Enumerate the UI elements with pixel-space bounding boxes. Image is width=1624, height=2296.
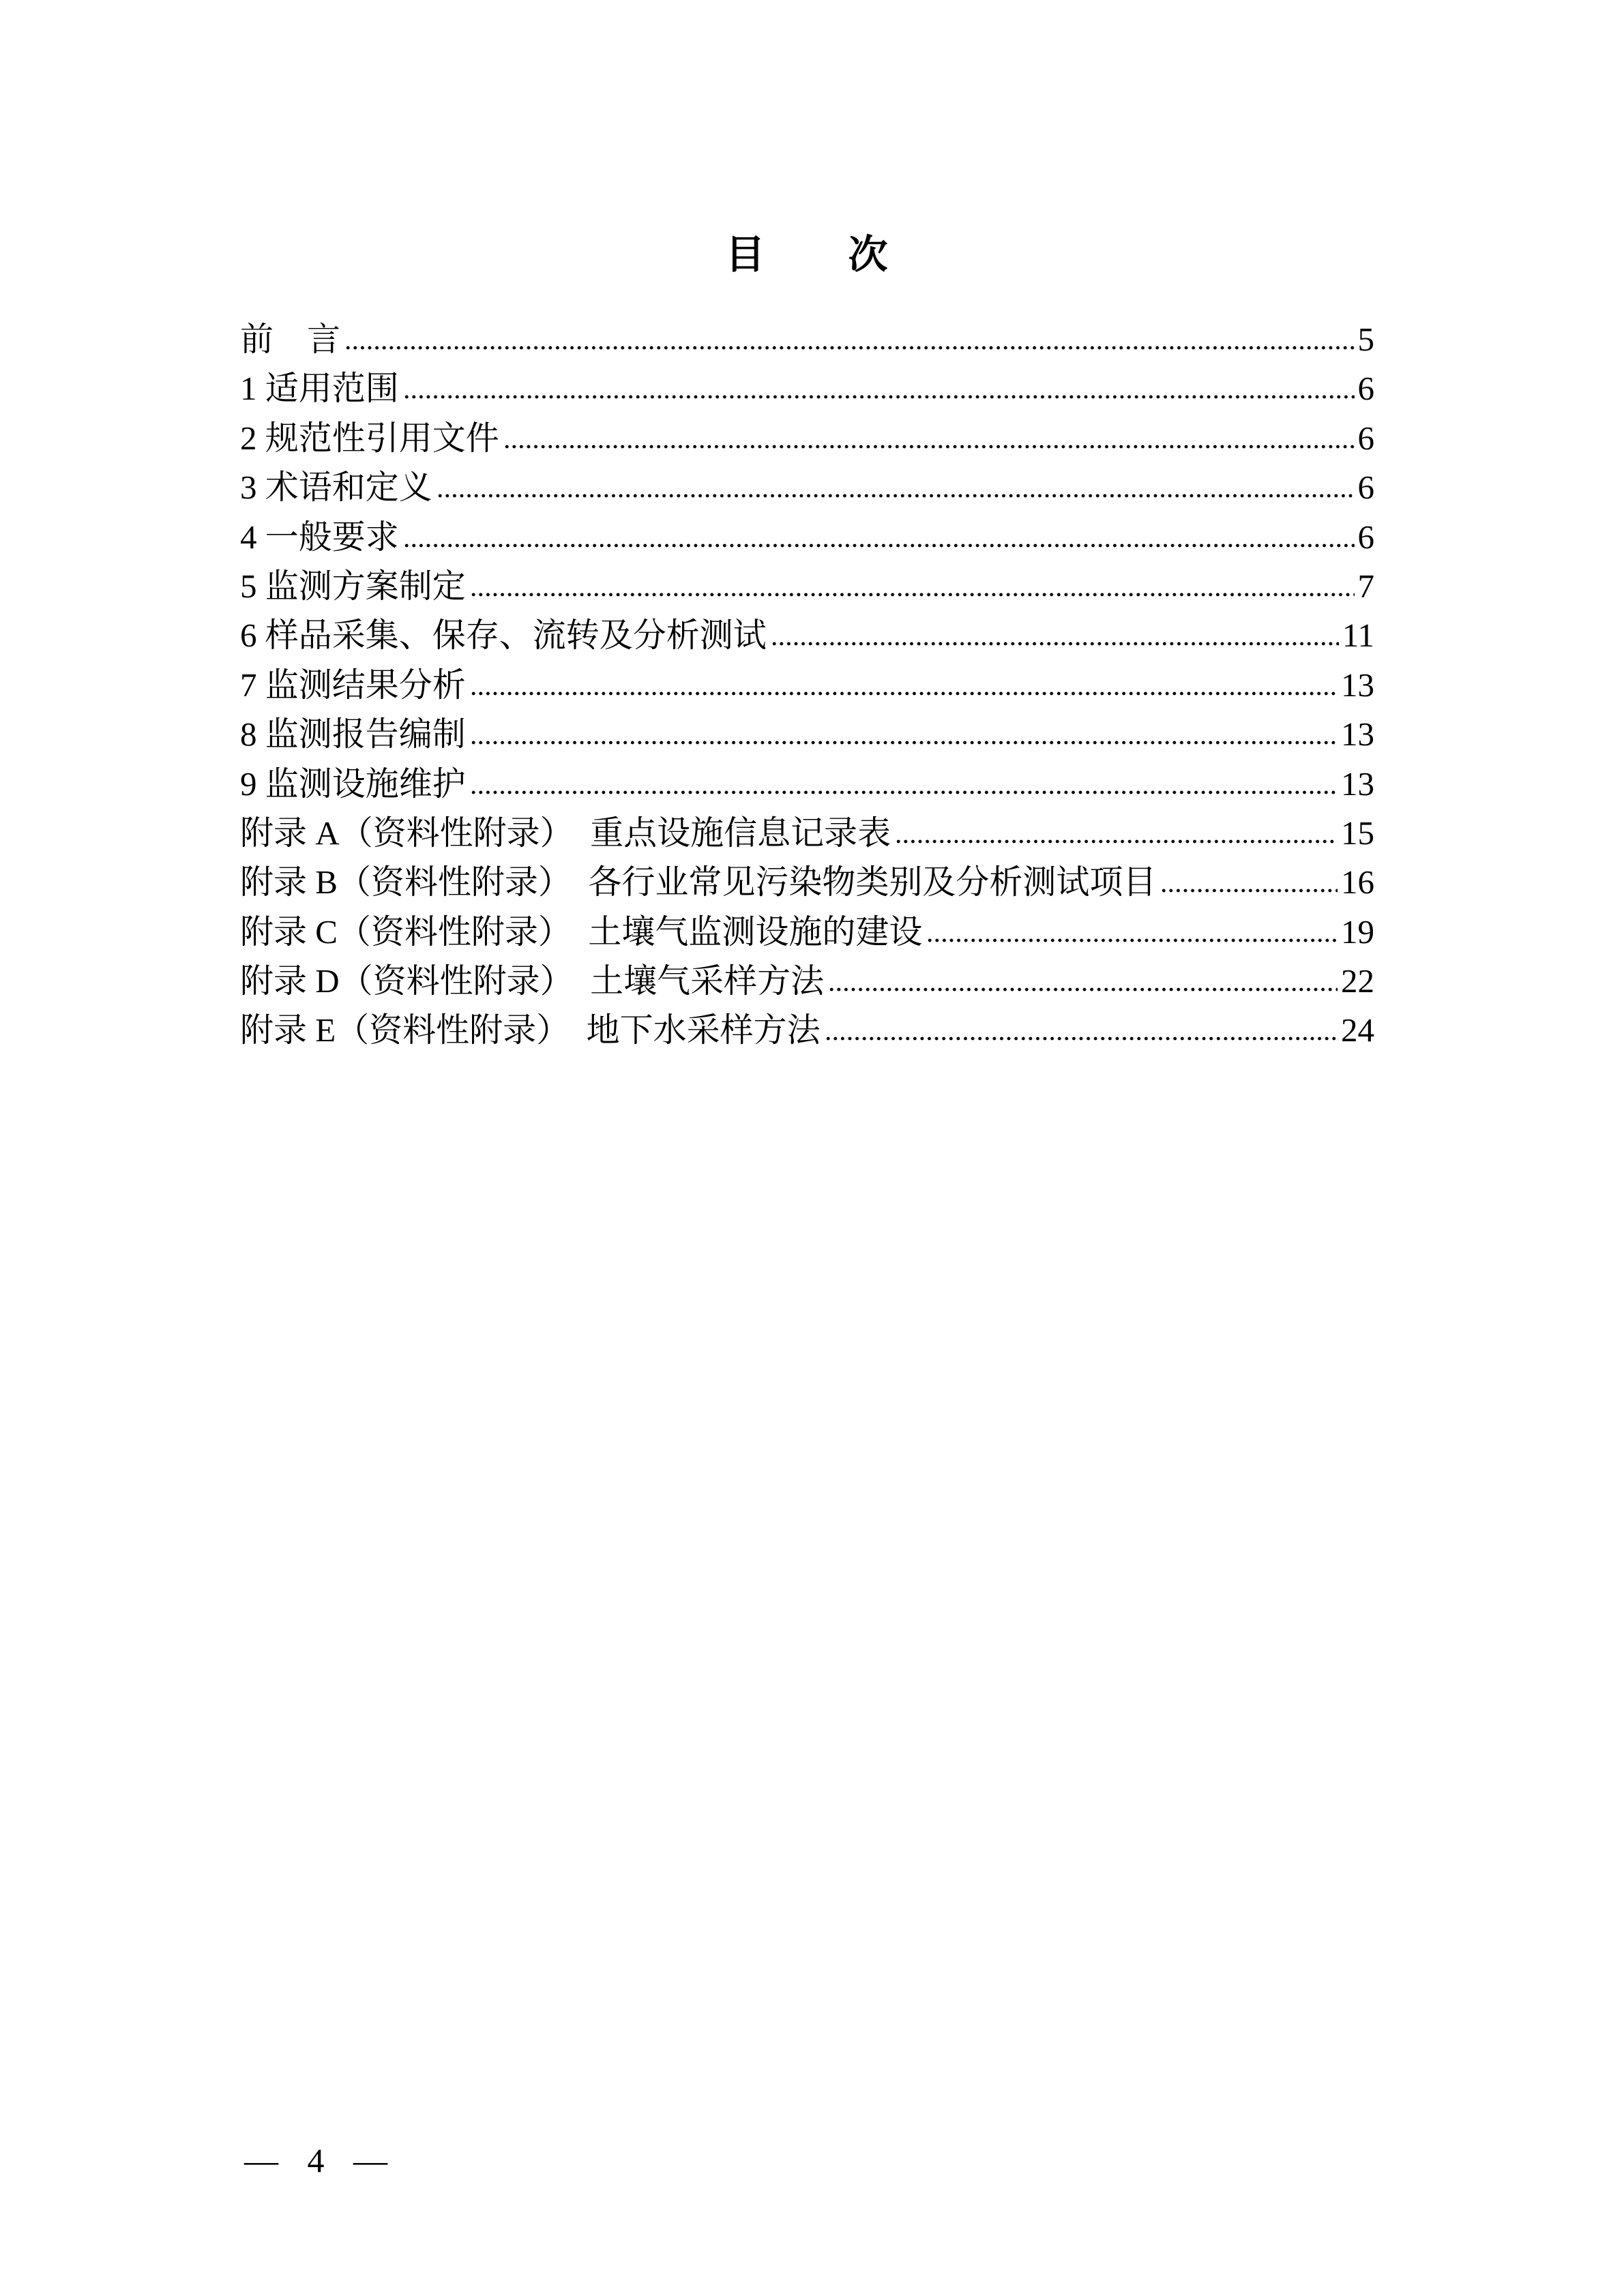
toc-entry[interactable]: 7 监测结果分析 13 xyxy=(240,661,1374,710)
toc-entry-label: 附录 E（资料性附录） 地下水采样方法 xyxy=(240,1006,821,1055)
toc-entry-label: 9 监测设施维护 xyxy=(240,760,466,809)
dot-leader xyxy=(829,985,1338,992)
toc-entry-label: 1 适用范围 xyxy=(240,364,399,413)
toc-entry[interactable]: 前 言 5 xyxy=(240,315,1374,364)
toc-entry-label: 前 言 xyxy=(240,315,340,364)
toc-entry[interactable]: 4 一般要求 6 xyxy=(240,513,1374,562)
dot-leader xyxy=(504,443,1355,449)
toc-entry-page-number: 6 xyxy=(1358,414,1375,463)
toc-entry-label: 6 样品采集、保存、流转及分析测试 xyxy=(240,611,767,660)
dot-leader xyxy=(345,344,1354,351)
toc-entry-page-number: 13 xyxy=(1341,661,1374,710)
toc-entry[interactable]: 2 规范性引用文件 6 xyxy=(240,414,1374,463)
dot-leader xyxy=(927,936,1338,943)
page-title: 目 次 xyxy=(240,229,1374,281)
dot-leader xyxy=(471,739,1338,745)
toc-entry-page-number: 5 xyxy=(1358,315,1375,364)
dot-leader xyxy=(437,492,1355,498)
toc-entry[interactable]: 附录 A（资料性附录） 重点设施信息记录表 15 xyxy=(240,809,1374,858)
document-page: 目 次 前 言 5 1 适用范围 6 2 规范性引用文件 6 3 术语和定义 xyxy=(0,0,1624,2296)
toc-entry-page-number: 16 xyxy=(1341,858,1374,907)
toc-entry[interactable]: 9 监测设施维护 13 xyxy=(240,760,1374,809)
toc-entry-label: 附录 B（资料性附录） 各行业常见污染物类别及分析测试项目 xyxy=(240,858,1156,907)
toc-entry[interactable]: 1 适用范围 6 xyxy=(240,364,1374,413)
toc-entry-page-number: 13 xyxy=(1341,710,1374,759)
toc-entry-page-number: 11 xyxy=(1342,611,1374,660)
toc-entry-page-number: 7 xyxy=(1358,562,1375,611)
dot-leader xyxy=(471,591,1355,597)
footer-page-number: — 4 — xyxy=(244,2140,387,2181)
toc-entry[interactable]: 8 监测报告编制 13 xyxy=(240,710,1374,759)
toc-entry-label: 附录 D（资料性附录） 土壤气采样方法 xyxy=(240,957,824,1006)
toc-entry-label: 7 监测结果分析 xyxy=(240,661,466,710)
toc-entry-page-number: 13 xyxy=(1341,760,1374,809)
toc-entry[interactable]: 6 样品采集、保存、流转及分析测试 11 xyxy=(240,611,1374,660)
toc-entry-label: 3 术语和定义 xyxy=(240,463,432,512)
dot-leader xyxy=(404,541,1355,548)
toc-list: 前 言 5 1 适用范围 6 2 规范性引用文件 6 3 术语和定义 6 xyxy=(240,315,1374,1056)
toc-entry-label: 附录 A（资料性附录） 重点设施信息记录表 xyxy=(240,809,891,858)
dot-leader xyxy=(404,393,1355,400)
toc-entry[interactable]: 附录 D（资料性附录） 土壤气采样方法 22 xyxy=(240,957,1374,1006)
dot-leader xyxy=(825,1034,1338,1041)
toc-entry-label: 4 一般要求 xyxy=(240,513,399,562)
toc-entry-page-number: 6 xyxy=(1358,364,1375,413)
dot-leader xyxy=(471,689,1338,696)
toc-entry[interactable]: 附录 C（资料性附录） 土壤气监测设施的建设 19 xyxy=(240,908,1374,957)
dot-leader xyxy=(771,640,1339,646)
toc-entry[interactable]: 5 监测方案制定 7 xyxy=(240,562,1374,611)
toc-entry-page-number: 6 xyxy=(1358,513,1375,562)
toc-entry[interactable]: 附录 E（资料性附录） 地下水采样方法 24 xyxy=(240,1006,1374,1055)
toc-entry-label: 5 监测方案制定 xyxy=(240,562,466,611)
dot-leader xyxy=(896,837,1338,844)
dot-leader xyxy=(1161,886,1338,893)
toc-entry[interactable]: 附录 B（资料性附录） 各行业常见污染物类别及分析测试项目 16 xyxy=(240,858,1374,907)
toc-entry-page-number: 24 xyxy=(1341,1006,1374,1055)
toc-entry[interactable]: 3 术语和定义 6 xyxy=(240,463,1374,512)
dot-leader xyxy=(471,788,1338,795)
toc-entry-label: 附录 C（资料性附录） 土壤气监测设施的建设 xyxy=(240,908,922,957)
toc-entry-page-number: 6 xyxy=(1358,463,1375,512)
toc-entry-page-number: 22 xyxy=(1341,957,1374,1006)
toc-entry-page-number: 19 xyxy=(1341,908,1374,957)
toc-entry-label: 8 监测报告编制 xyxy=(240,710,466,759)
toc-entry-page-number: 15 xyxy=(1341,809,1374,858)
toc-entry-label: 2 规范性引用文件 xyxy=(240,414,499,463)
